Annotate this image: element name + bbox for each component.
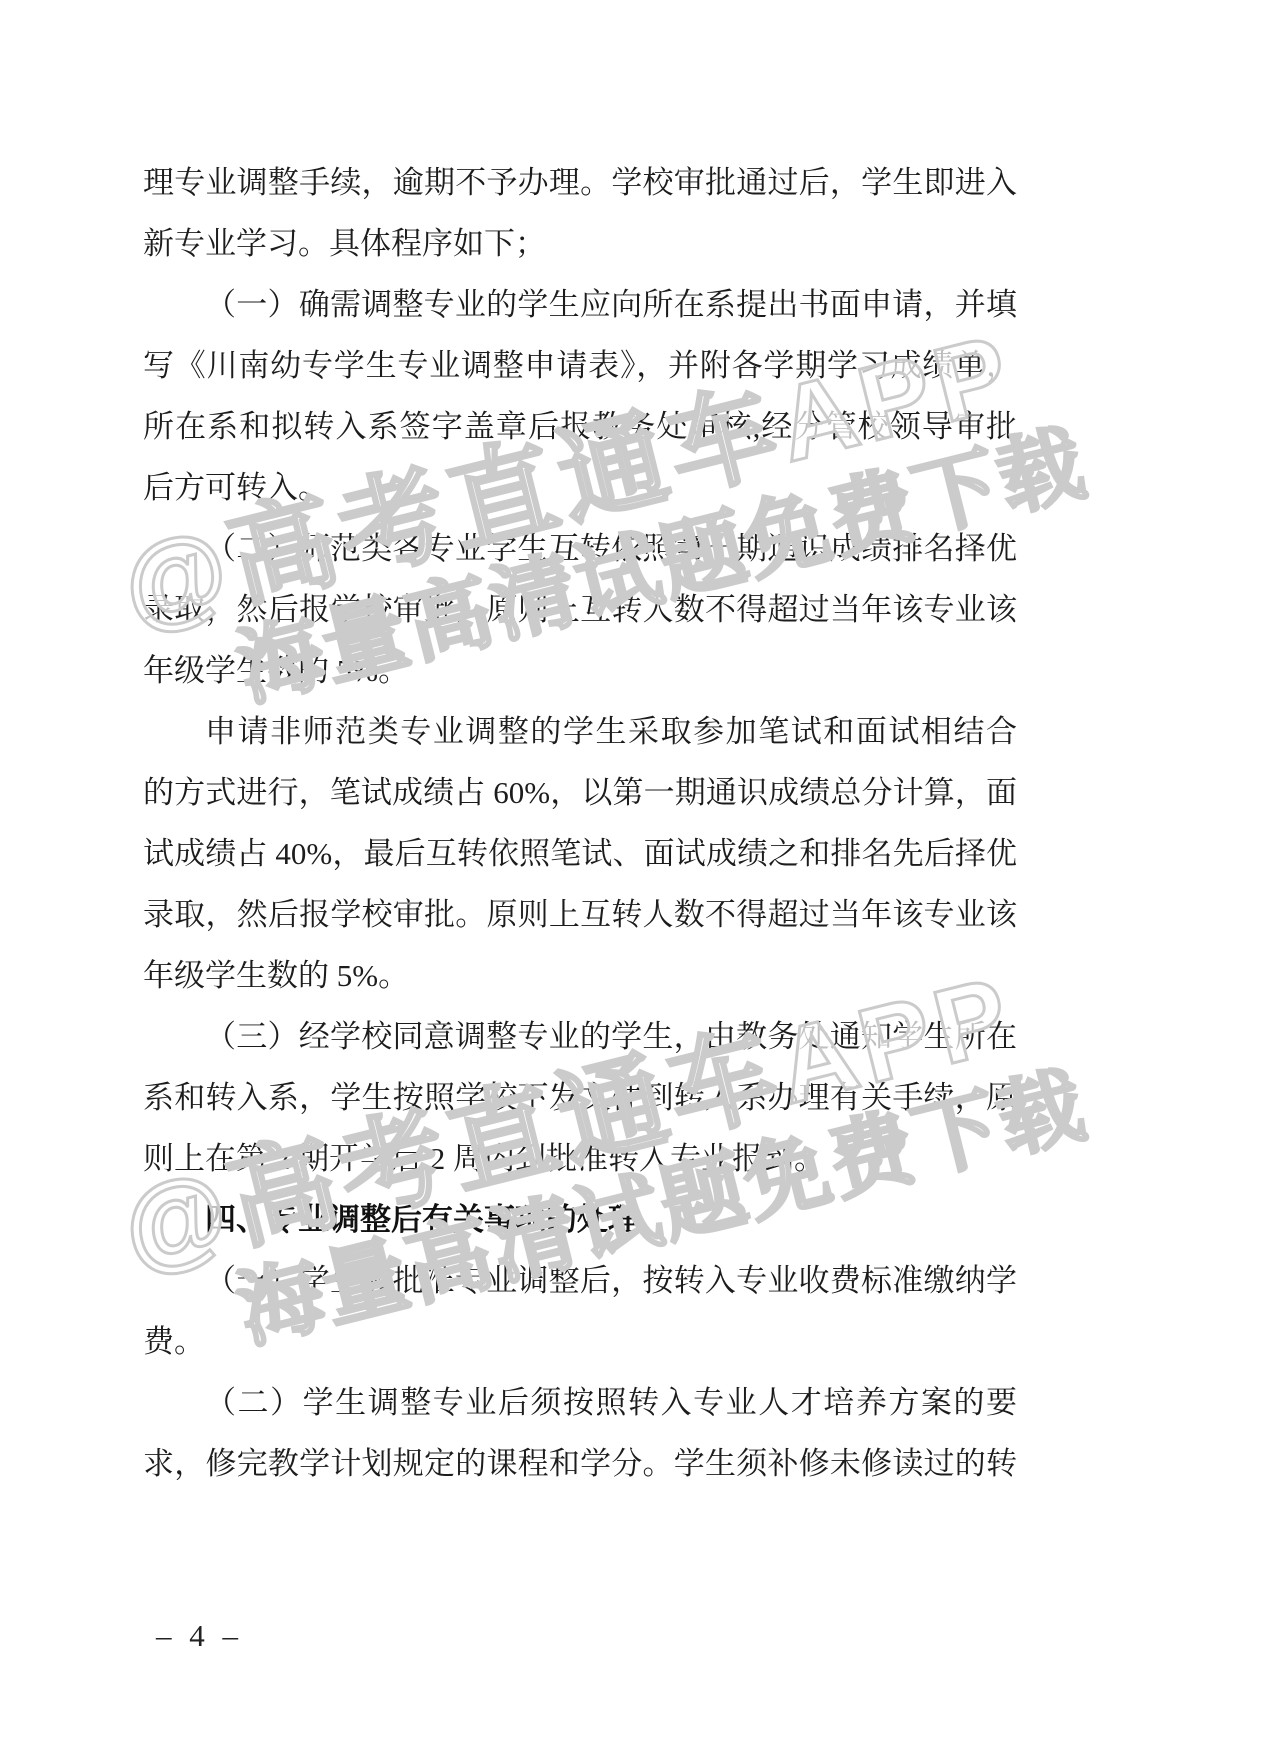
text-line: 费。 [143, 1311, 1017, 1372]
text-line: 的方式进行，笔试成绩占 60%，以第一期通识成绩总分计算，面 [143, 762, 1017, 823]
text-line: 则上在第 2 期开学后 2 周内到批准转入专业报到。 [143, 1128, 1017, 1189]
text-line: 新专业学习。具体程序如下； [143, 213, 1017, 274]
text-line: （二）学生调整专业后须按照转入专业人才培养方案的要 [143, 1372, 1017, 1433]
text-line: 后方可转入。 [143, 457, 1017, 518]
text-line: 所在系和拟转入系签字盖章后报教务处审核,经分管校领导审批 [143, 396, 1017, 457]
section-heading: 四、专业调整后有关事项的处理 [143, 1189, 1017, 1250]
text-line: （一）确需调整专业的学生应向所在系提出书面申请，并填 [143, 274, 1017, 335]
text-line: 年级学生数的 5%。 [143, 640, 1017, 701]
text-line: 理专业调整手续，逾期不予办理。学校审批通过后，学生即进入 [143, 152, 1017, 213]
text-line: 求，修完教学计划规定的课程和学分。学生须补修未修读过的转 [143, 1433, 1017, 1494]
text-line: 试成绩占 40%，最后互转依照笔试、面试成绩之和排名先后择优 [143, 823, 1017, 884]
text-line: （三）经学校同意调整专业的学生，由教务处通知学生所在 [143, 1006, 1017, 1067]
text-line: 系和转入系，学生按照学校下发文件到转入系办理有关手续，原 [143, 1067, 1017, 1128]
text-line: 录取，然后报学校审批。原则上互转人数不得超过当年该专业该 [143, 579, 1017, 640]
text-column: 理专业调整手续，逾期不予办理。学校审批通过后，学生即进入 新专业学习。具体程序如… [143, 152, 1017, 1494]
page-number: – 4 – [156, 1618, 243, 1654]
text-line: 录取，然后报学校审批。原则上互转人数不得超过当年该专业该 [143, 884, 1017, 945]
text-line: 写《川南幼专学生专业调整申请表》，并附各学期学习成绩单， [143, 335, 1017, 396]
text-line: （一）学生被批准专业调整后，按转入专业收费标准缴纳学 [143, 1250, 1017, 1311]
text-line: （二）师范类各专业学生互转依照第一期通识成绩排名择优 [143, 518, 1017, 579]
text-line: 申请非师范类专业调整的学生采取参加笔试和面试相结合 [143, 701, 1017, 762]
text-line: 年级学生数的 5%。 [143, 945, 1017, 1006]
document-page: @高考直通车APP 海量高清试题免费下载 @高考直通车APP 海量高清试题免费下… [0, 0, 1280, 1747]
